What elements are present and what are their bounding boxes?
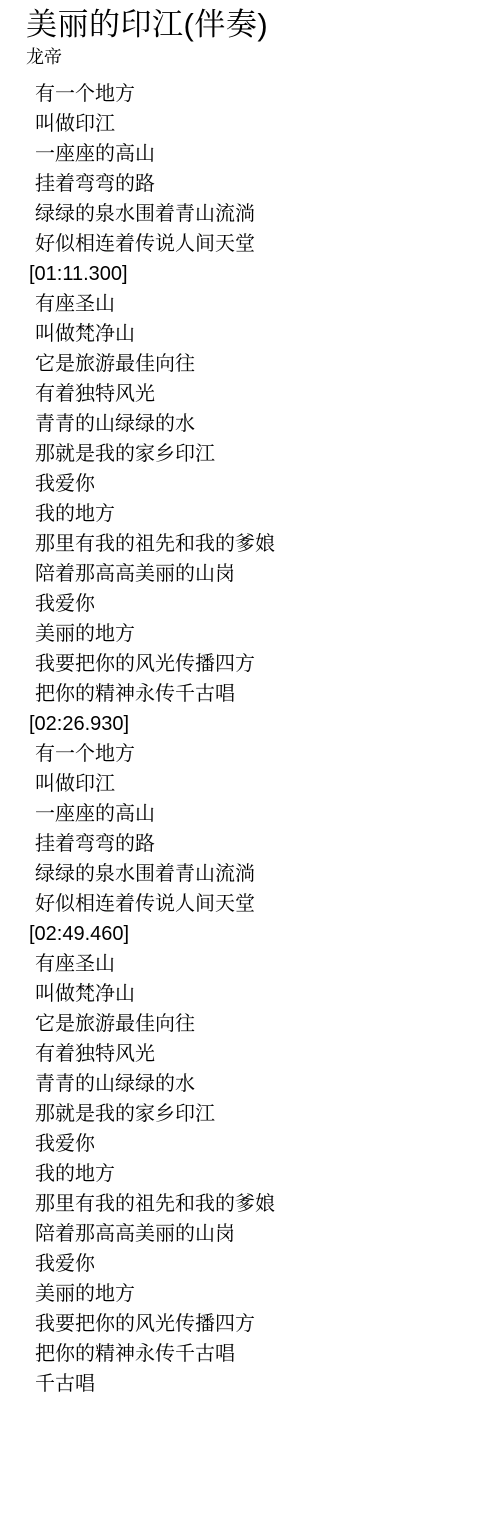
lyric-line: 绿绿的泉水围着青山流淌 [26, 859, 490, 889]
lyric-line: 挂着弯弯的路 [26, 169, 490, 199]
lyric-line: 青青的山绿绿的水 [26, 1069, 490, 1099]
song-title: 美丽的印江(伴奏) [26, 6, 490, 44]
lyric-line: 好似相连着传说人间天堂 [26, 229, 490, 259]
lyric-line: 我爱你 [26, 589, 490, 619]
lyric-line: 一座座的高山 [26, 139, 490, 169]
lyric-line: 我爱你 [26, 469, 490, 499]
lyric-line: 我要把你的风光传播四方 [26, 1309, 490, 1339]
lyric-line: 绿绿的泉水围着青山流淌 [26, 199, 490, 229]
lyric-line: 把你的精神永传千古唱 [26, 1339, 490, 1369]
lyric-line: 叫做梵净山 [26, 979, 490, 1009]
lyric-line: 陪着那高高美丽的山岗 [26, 559, 490, 589]
lyric-line: 叫做印江 [26, 769, 490, 799]
lyric-line: 我要把你的风光传播四方 [26, 649, 490, 679]
lyric-line: 把你的精神永传千古唱 [26, 679, 490, 709]
lyric-line: 青青的山绿绿的水 [26, 409, 490, 439]
lyrics-block: 有一个地方叫做印江一座座的高山挂着弯弯的路绿绿的泉水围着青山流淌好似相连着传说人… [26, 79, 490, 1399]
lyrics-page: 美丽的印江(伴奏) 龙帝 有一个地方叫做印江一座座的高山挂着弯弯的路绿绿的泉水围… [0, 0, 500, 1540]
lyric-line: 那里有我的祖先和我的爹娘 [26, 1189, 490, 1219]
lyric-line: 我爱你 [26, 1249, 490, 1279]
timestamp-line: [01:11.300] [26, 259, 490, 289]
lyric-line: 我的地方 [26, 1159, 490, 1189]
lyric-line: 有一个地方 [26, 79, 490, 109]
lyric-line: 那里有我的祖先和我的爹娘 [26, 529, 490, 559]
lyric-line: 有座圣山 [26, 949, 490, 979]
lyric-line: 美丽的地方 [26, 1279, 490, 1309]
lyric-line: 陪着那高高美丽的山岗 [26, 1219, 490, 1249]
lyric-line: 好似相连着传说人间天堂 [26, 889, 490, 919]
lyric-line: 有着独特风光 [26, 379, 490, 409]
lyric-line: 它是旅游最佳向往 [26, 1009, 490, 1039]
timestamp-line: [02:49.460] [26, 919, 490, 949]
lyric-line: 有座圣山 [26, 289, 490, 319]
lyric-line: 那就是我的家乡印江 [26, 439, 490, 469]
lyric-line: 有着独特风光 [26, 1039, 490, 1069]
lyric-line: 它是旅游最佳向往 [26, 349, 490, 379]
lyric-line: 美丽的地方 [26, 619, 490, 649]
lyric-line: 我的地方 [26, 499, 490, 529]
lyric-line: 有一个地方 [26, 739, 490, 769]
lyric-line: 挂着弯弯的路 [26, 829, 490, 859]
timestamp-line: [02:26.930] [26, 709, 490, 739]
lyric-line: 我爱你 [26, 1129, 490, 1159]
lyric-line: 千古唱 [26, 1369, 490, 1399]
lyric-line: 叫做印江 [26, 109, 490, 139]
lyric-line: 叫做梵净山 [26, 319, 490, 349]
lyric-line: 那就是我的家乡印江 [26, 1099, 490, 1129]
artist-name: 龙帝 [26, 44, 490, 70]
lyric-line: 一座座的高山 [26, 799, 490, 829]
